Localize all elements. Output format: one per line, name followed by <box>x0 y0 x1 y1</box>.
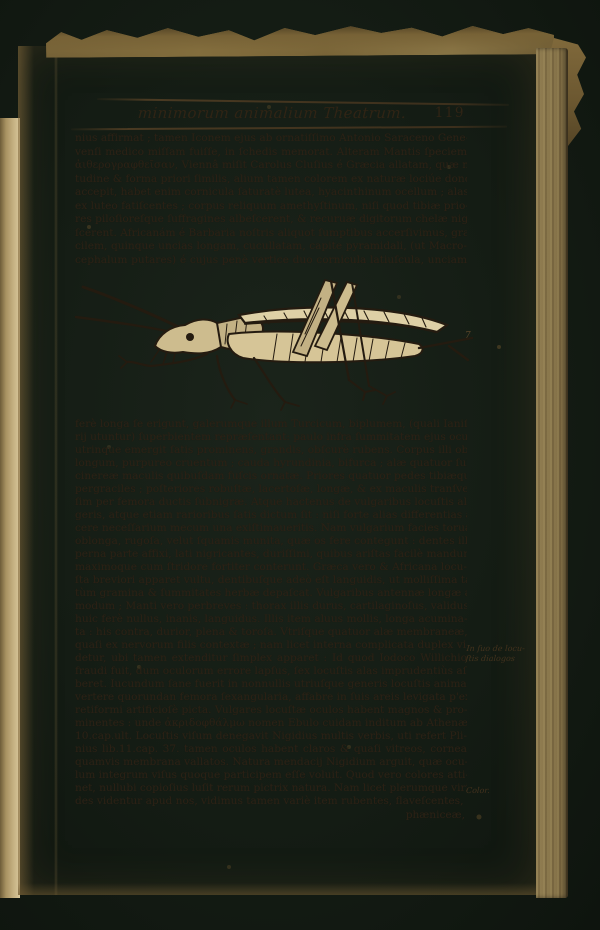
text-line: modum ; Manti vero perbreves : thorax il… <box>75 600 467 613</box>
insect-tail-fork <box>419 338 472 360</box>
text-line: tùm gramina & ſummitates herbæ depaſcat.… <box>75 587 467 600</box>
front-leg <box>217 356 235 400</box>
text-line: des videntur apud nos, vidimus tamen var… <box>75 795 467 808</box>
paragraph-2: ferè longa ſe erigunt, galerumque illum … <box>75 418 467 808</box>
text-line: huic ferè nullus, inanis, languidus. Ill… <box>75 613 467 626</box>
book-page: minimorum animalium Theatrum. 119 nius a… <box>18 46 538 895</box>
page-crease <box>54 46 58 895</box>
front-leg <box>127 354 207 366</box>
running-title: minimorum animalium Theatrum. <box>107 104 438 122</box>
margin-note-line: In ſuo de locu- <box>466 644 543 654</box>
text-line: nius affirmat ; tamen Iconem ejus ab orn… <box>75 132 467 146</box>
text-line: rij utuntur) ſuperbientem repræſentant: … <box>75 431 467 444</box>
text-line: accepit, habet enim cornicula ſaturatè l… <box>75 186 467 200</box>
text-line: cilem, quinque uncias longam, cucullatam… <box>75 240 467 254</box>
text-line: venſi medico miſſam fuiſſe, in ſchedis m… <box>75 146 467 160</box>
text-line: fraudi fuit, dum oculorum errore lapſus,… <box>75 665 467 678</box>
header-rule-bottom <box>71 126 507 130</box>
text-line: quamvis membrana vallatos. Natura mendac… <box>75 756 467 769</box>
margin-note-line: ſtis dialogos <box>465 654 542 664</box>
text-line: cephalum putares) é cujus penè vertice d… <box>75 254 467 268</box>
text-line: pergraciles ; poſteriores robuſtæ, lacer… <box>75 483 467 496</box>
margin-note-dialogo: In ſuo de locu- ſtis dialogos <box>465 644 542 664</box>
text-line: retiformi artificioſè picta. Vulgares lo… <box>75 704 467 717</box>
text-line: geris, atque etiam rarioribus ſatis dict… <box>75 509 467 522</box>
text-line: vertere quorundan femora ſexangularia, a… <box>75 691 467 704</box>
text-line: lum integrum viſus quoque participem eſſ… <box>75 769 467 782</box>
text-line: res piloſioreſque ſuffragines albeſceren… <box>75 213 467 227</box>
book-photo: minimorum animalium Theatrum. 119 nius a… <box>0 0 600 930</box>
text-line: ἀιθερογραφθεῖσαν, Viennâ miſit Carolus C… <box>75 159 467 173</box>
paragraph-1: nius affirmat ; tamen Iconem ejus ab orn… <box>75 132 467 267</box>
text-line: ferè longa ſe erigunt, galerumque illum … <box>75 418 467 431</box>
catchword: phæniceæ, <box>406 809 465 821</box>
text-line: perna parte affixi, lati nigricantes, du… <box>75 548 467 561</box>
tattered-binding-edge <box>46 22 554 58</box>
text-line: quaſi ex nervorum filis contextæ ; nam l… <box>75 639 467 652</box>
facing-page-edge <box>0 118 20 898</box>
locust-woodcut-illustration <box>69 268 475 416</box>
insect-eye <box>186 333 194 341</box>
text-line: cere neceſſarium mecum una exiſtimauerit… <box>75 522 467 535</box>
text-line: oblonga, rugoſa, velut ſquamis munita, q… <box>75 535 467 548</box>
text-line: ſcerent. Africanám é Barbaria noſtris al… <box>75 227 467 241</box>
text-line: beret. Iucundum ſane fuerit in nonnullis… <box>75 678 467 691</box>
text-line: tudine & forma priori ſimilis, alium tam… <box>75 173 467 187</box>
text-line: ſta breviori apparet vultu, dentibuſque … <box>75 574 467 587</box>
page-number: 119 <box>435 105 465 121</box>
text-line: ex luteo fatiſcentes ; corpus reliquum a… <box>75 200 467 214</box>
text-line: maximoque cum ſtridore fortiter conterun… <box>75 561 467 574</box>
text-line: minentes : unde ἀκριδοφθάλμω nomen Ebulo… <box>75 717 467 730</box>
text-line: nius lib.11.cap. 37. tamen oculos habent… <box>75 743 467 756</box>
text-line: ſim per femora ductis ſubnigræ. Atque ha… <box>75 496 467 509</box>
text-line: ta : his contra, durior, plena & toroſa.… <box>75 626 467 639</box>
text-line: net, nullubi copioſius luſit rerum pictr… <box>75 782 467 795</box>
margin-note-color: Color. <box>466 786 543 796</box>
text-line: 10.cap.ult. Locuſtis viſum denegavit Nig… <box>75 730 467 743</box>
text-line: utrinque emergit ſatis prominens, grandi… <box>75 444 467 457</box>
text-line: longum, purpureo cruentum ; cauda hyrund… <box>75 457 467 470</box>
text-line: detur, ubi tamen extenditur ſimplex appa… <box>75 652 467 665</box>
middle-leg <box>254 358 285 402</box>
book-fore-edge <box>536 48 568 898</box>
text-line: cinereæ maculis quibuſdam fuſcis ornatæ.… <box>75 470 467 483</box>
stray-print-mark: 7 <box>465 331 471 341</box>
paper-foxing-specks <box>18 46 20 48</box>
